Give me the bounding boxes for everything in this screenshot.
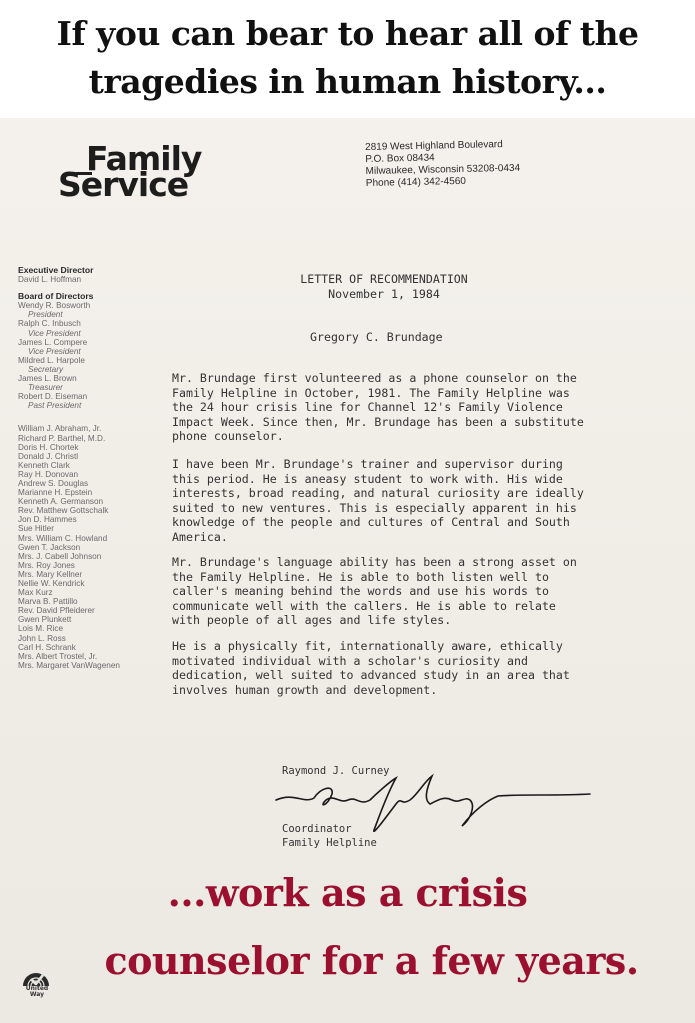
signer-organization: Family Helpline bbox=[282, 836, 377, 850]
board-member: Mrs. William C. Howland bbox=[18, 534, 168, 543]
board-member: Mrs. Margaret VanWagenen bbox=[18, 661, 168, 670]
officer-name: James L. Compere bbox=[18, 338, 168, 347]
top-caption-line-1: If you can bear to hear all of the bbox=[0, 14, 695, 53]
officer-name: Robert D. Eiseman bbox=[18, 392, 168, 401]
officer-role: Treasurer bbox=[18, 383, 168, 392]
board-member: Richard P. Barthel, M.D. bbox=[18, 434, 168, 443]
signature-block: Raymond J. Curney Coordinator Family Hel… bbox=[282, 764, 602, 854]
board-member: Sue Hitler bbox=[18, 524, 168, 533]
address-phone: Phone (414) 342-4560 bbox=[366, 175, 521, 190]
members-list: William J. Abraham, Jr.Richard P. Barthe… bbox=[18, 424, 168, 670]
board-member: Carl H. Schrank bbox=[18, 643, 168, 652]
letter-paragraph: He is a physically fit, internationally … bbox=[172, 639, 602, 697]
united-way-text: United Way bbox=[22, 986, 52, 998]
officer-role: President bbox=[18, 310, 168, 319]
board-member: Gwen Plunkett bbox=[18, 615, 168, 624]
officers-list: Wendy R. BosworthPresidentRalph C. Inbus… bbox=[18, 301, 168, 410]
board-member: William J. Abraham, Jr. bbox=[18, 424, 168, 433]
officer-role: Secretary bbox=[18, 365, 168, 374]
letterhead-address: 2819 West Highland Boulevard P.O. Box 08… bbox=[365, 139, 521, 190]
officer-role: Vice President bbox=[18, 347, 168, 356]
letter-paragraph: Mr. Brundage first volunteered as a phon… bbox=[172, 371, 602, 444]
board-member: Mrs. Albert Trostel, Jr. bbox=[18, 652, 168, 661]
letter-recipient: Gregory C. Brundage bbox=[310, 330, 443, 345]
executive-director-name: David L. Hoffman bbox=[18, 275, 168, 284]
signer-title: Coordinator bbox=[282, 822, 352, 836]
board-member: Doris H. Chortek bbox=[18, 443, 168, 452]
board-member: Lois M. Rice bbox=[18, 624, 168, 633]
board-member: Mrs. J. Cabell Johnson bbox=[18, 552, 168, 561]
officer-name: James L. Brown bbox=[18, 374, 168, 383]
board-member: Andrew S. Douglas bbox=[18, 479, 168, 488]
board-member: Donald J. Christl bbox=[18, 452, 168, 461]
officer-role: Vice President bbox=[18, 329, 168, 338]
board-heading: Board of Directors bbox=[18, 292, 168, 301]
united-way-hand-icon bbox=[20, 960, 52, 988]
board-member: Rev. Matthew Gottschalk bbox=[18, 506, 168, 515]
top-caption-line-2: tragedies in human history... bbox=[0, 62, 695, 101]
board-member: Nellie W. Kendrick bbox=[18, 579, 168, 588]
officer-name: Wendy R. Bosworth bbox=[18, 301, 168, 310]
board-member: John L. Ross bbox=[18, 634, 168, 643]
letter-date: November 1, 1984 bbox=[294, 287, 474, 302]
letter-paragraph: I have been Mr. Brundage's trainer and s… bbox=[172, 457, 602, 545]
officer-name: Mildred L. Harpole bbox=[18, 356, 168, 365]
officer-name: Ralph C. Inbusch bbox=[18, 319, 168, 328]
board-member: Ray H. Donovan bbox=[18, 470, 168, 479]
board-member: Max Kurz bbox=[18, 588, 168, 597]
board-member: Mrs. Mary Kellner bbox=[18, 570, 168, 579]
officer-role: Past President bbox=[18, 401, 168, 410]
united-way-logo: United Way bbox=[20, 960, 52, 1004]
letter-paper: Family Service 2819 West Highland Boulev… bbox=[0, 118, 695, 1023]
board-member: Kenneth A. Germanson bbox=[18, 497, 168, 506]
letter-paragraph: Mr. Brundage's language ability has been… bbox=[172, 555, 602, 628]
letter-title: LETTER OF RECOMMENDATION bbox=[294, 272, 474, 287]
logo-word-service: Service bbox=[58, 168, 188, 201]
family-service-logo: Family Service bbox=[58, 142, 208, 212]
board-member: Kenneth Clark bbox=[18, 461, 168, 470]
bottom-caption-line-1: ...work as a crisis bbox=[0, 870, 695, 915]
board-member: Rev. David Pfleiderer bbox=[18, 606, 168, 615]
board-member: Marva B. Pattillo bbox=[18, 597, 168, 606]
board-sidebar: Executive Director David L. Hoffman Boar… bbox=[18, 266, 168, 670]
top-caption: If you can bear to hear all of the trage… bbox=[0, 0, 695, 118]
bottom-caption-line-2: counselor for a few years. bbox=[24, 938, 695, 983]
board-member: Marianne H. Epstein bbox=[18, 488, 168, 497]
board-member: Jon D. Hammes bbox=[18, 515, 168, 524]
board-member: Gwen T. Jackson bbox=[18, 543, 168, 552]
board-member: Mrs. Roy Jones bbox=[18, 561, 168, 570]
executive-director-heading: Executive Director bbox=[18, 266, 168, 275]
